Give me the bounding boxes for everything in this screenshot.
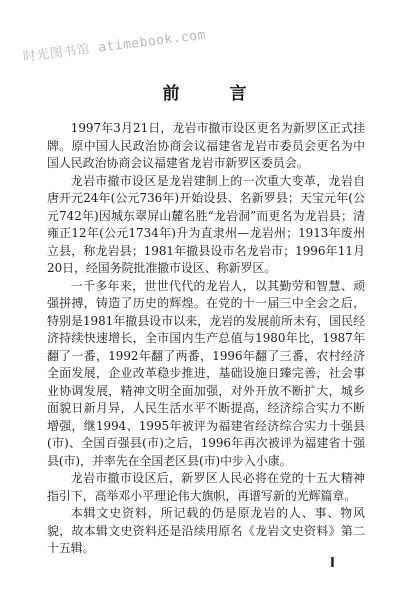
- page-title: 前言: [0, 79, 409, 104]
- paragraph-4: 龙岩市撤市设区后，新罗区人民必将在党的十五大精神指引下，高举邓小平理论伟大旗帜，…: [47, 470, 365, 505]
- watermark: 时光图书馆 atimebook.com: [22, 24, 207, 65]
- paragraph-1: 1997年3月21日，龙岩市撤市设区更名为新罗区正式挂牌。原中国人民政治协商会议…: [47, 120, 365, 173]
- page-number: I: [330, 556, 335, 571]
- paragraph-5: 本辑文史资料，所记载的仍是原龙岩的人、事、物风貌，故本辑文史资料还是沿续用原名《…: [47, 505, 365, 558]
- paragraph-2: 龙岩市撤市设区是龙岩建制上的一次重大变革，龙岩自唐开元24年(公元736年)开始…: [47, 173, 365, 278]
- preface-body: 1997年3月21日，龙岩市撤市设区更名为新罗区正式挂牌。原中国人民政治协商会议…: [47, 120, 365, 558]
- paragraph-3: 一千多年来，世世代代的龙岩人，以其勤劳和智慧、顽强拼搏，铸造了历史的辉煌。在党的…: [47, 278, 365, 471]
- title-char-2: 言: [230, 79, 247, 104]
- title-char-1: 前: [163, 79, 180, 104]
